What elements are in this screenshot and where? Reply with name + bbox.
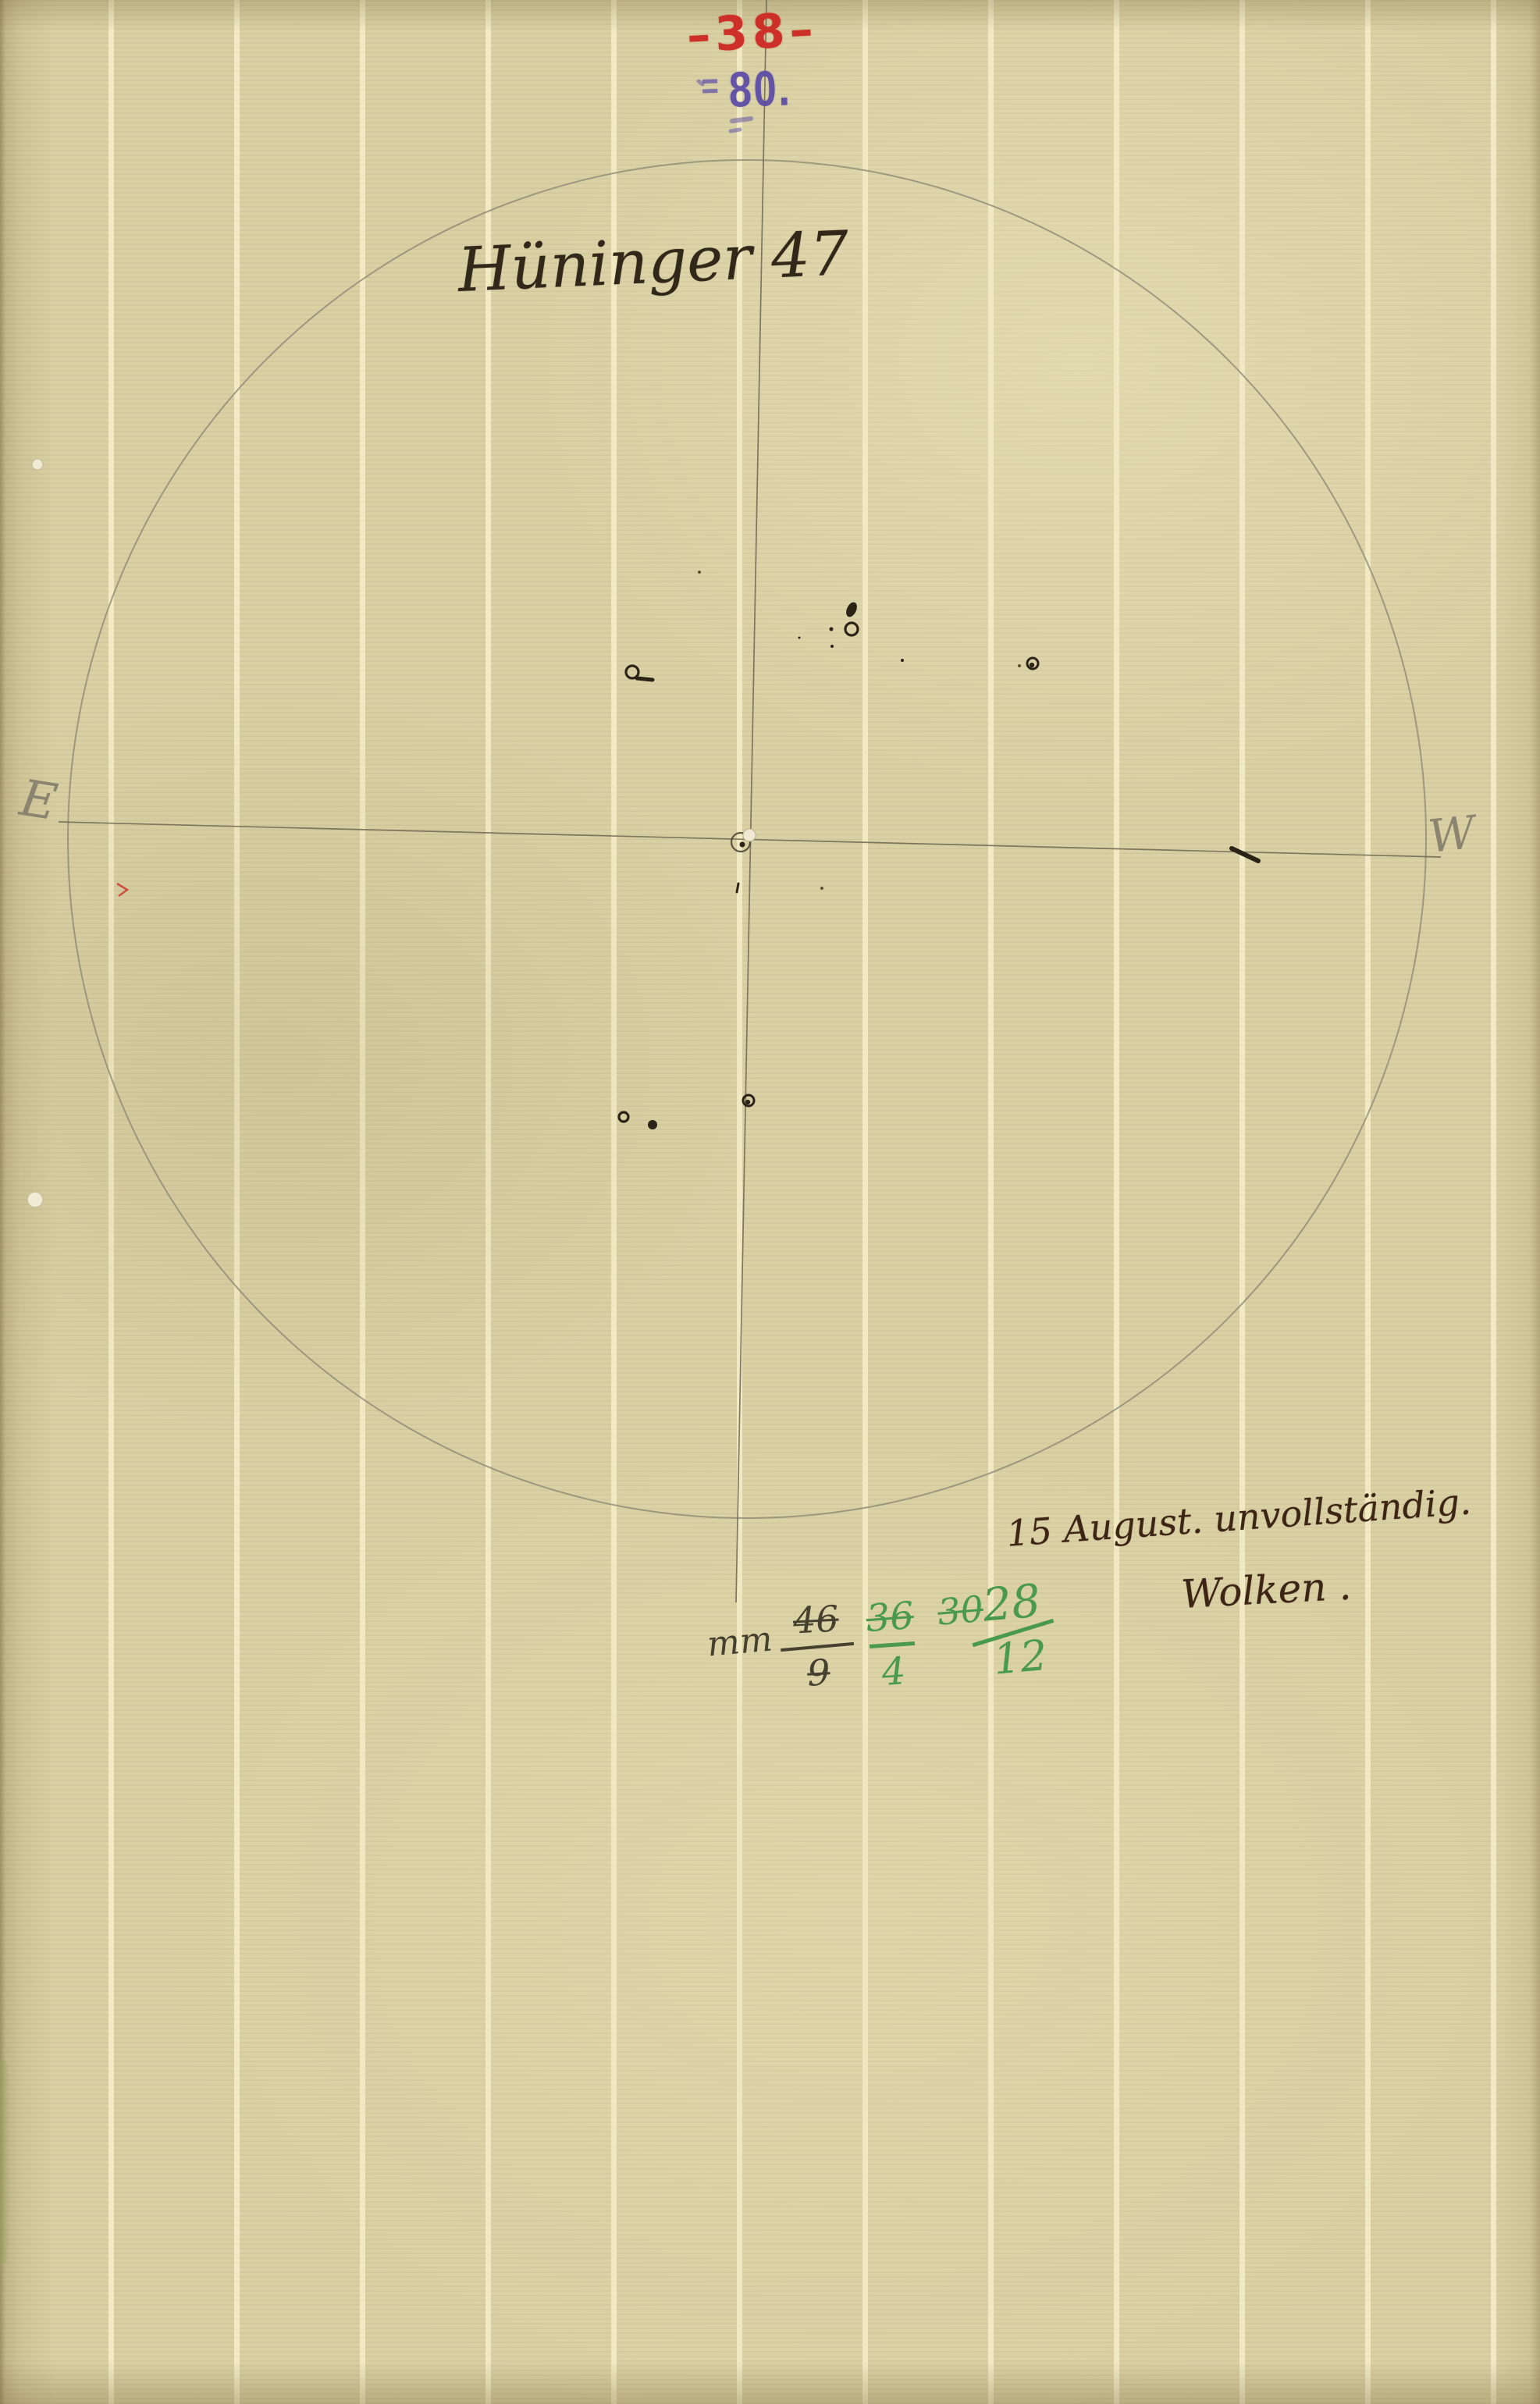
archive-stamp: =80. bbox=[701, 62, 792, 116]
scanned-observation-page: –38– =80. Hüninger 47 E W 15 August. unv… bbox=[0, 0, 1540, 2404]
sunspot-umbra-dot bbox=[745, 1100, 750, 1104]
sunspot-dot bbox=[798, 637, 801, 639]
stamp-smudge bbox=[732, 119, 751, 121]
stamp-smudge bbox=[731, 130, 740, 131]
fraction1-bar bbox=[781, 1642, 854, 1652]
sunspot-dot bbox=[830, 628, 834, 631]
sunspot-umbra-dot bbox=[1030, 663, 1034, 667]
paper-speck bbox=[820, 887, 823, 890]
east-label: E bbox=[16, 773, 60, 829]
ink-dash-mark bbox=[1232, 848, 1258, 861]
sunspot-filled bbox=[648, 1120, 657, 1129]
stamp-equals-mark: = bbox=[701, 65, 719, 106]
west-label: W bbox=[1426, 809, 1477, 859]
paper-defect-spot bbox=[32, 459, 43, 470]
center-pinhole bbox=[743, 829, 756, 841]
fraction1-denominator: 9 bbox=[806, 1651, 831, 1694]
center-dot bbox=[740, 842, 745, 848]
fraction3-numerator: 28 bbox=[980, 1574, 1042, 1631]
measurement-fraction-3: 3028 12 bbox=[935, 1573, 1059, 1688]
sunspot-dot bbox=[901, 659, 904, 662]
fraction2-denominator: 4 bbox=[880, 1649, 907, 1695]
sunspot-ring bbox=[845, 623, 858, 635]
fraction1-numerator: 46 bbox=[792, 1598, 840, 1642]
fraction2-bar bbox=[869, 1641, 914, 1648]
fraction3-struck-part: 30 bbox=[936, 1588, 985, 1634]
measurement-fraction-1: 46 9 bbox=[778, 1597, 856, 1696]
solar-disk-drawing bbox=[0, 0, 1540, 2404]
paper-speck bbox=[698, 571, 701, 574]
paper-speck bbox=[1018, 664, 1021, 667]
sunspot-tail-dash bbox=[637, 678, 653, 680]
sunspot-filled bbox=[844, 600, 859, 618]
fraction2-numerator: 36 bbox=[865, 1594, 916, 1641]
ink-dash-mark bbox=[737, 884, 738, 892]
folio-number-red: –38– bbox=[686, 6, 819, 60]
red-tick-mark bbox=[117, 884, 127, 896]
annotation-clouds: Wolken . bbox=[1180, 1567, 1352, 1614]
stamp-number: 80. bbox=[728, 59, 792, 118]
unit-label: mm bbox=[706, 1622, 774, 1662]
observer-title: Hüninger 47 bbox=[457, 223, 850, 301]
sunspot-ring bbox=[619, 1112, 628, 1122]
paper-defect-spot bbox=[27, 1192, 43, 1207]
measurement-fraction-2: 36 4 bbox=[865, 1594, 919, 1695]
sunspot-dot bbox=[830, 645, 834, 648]
